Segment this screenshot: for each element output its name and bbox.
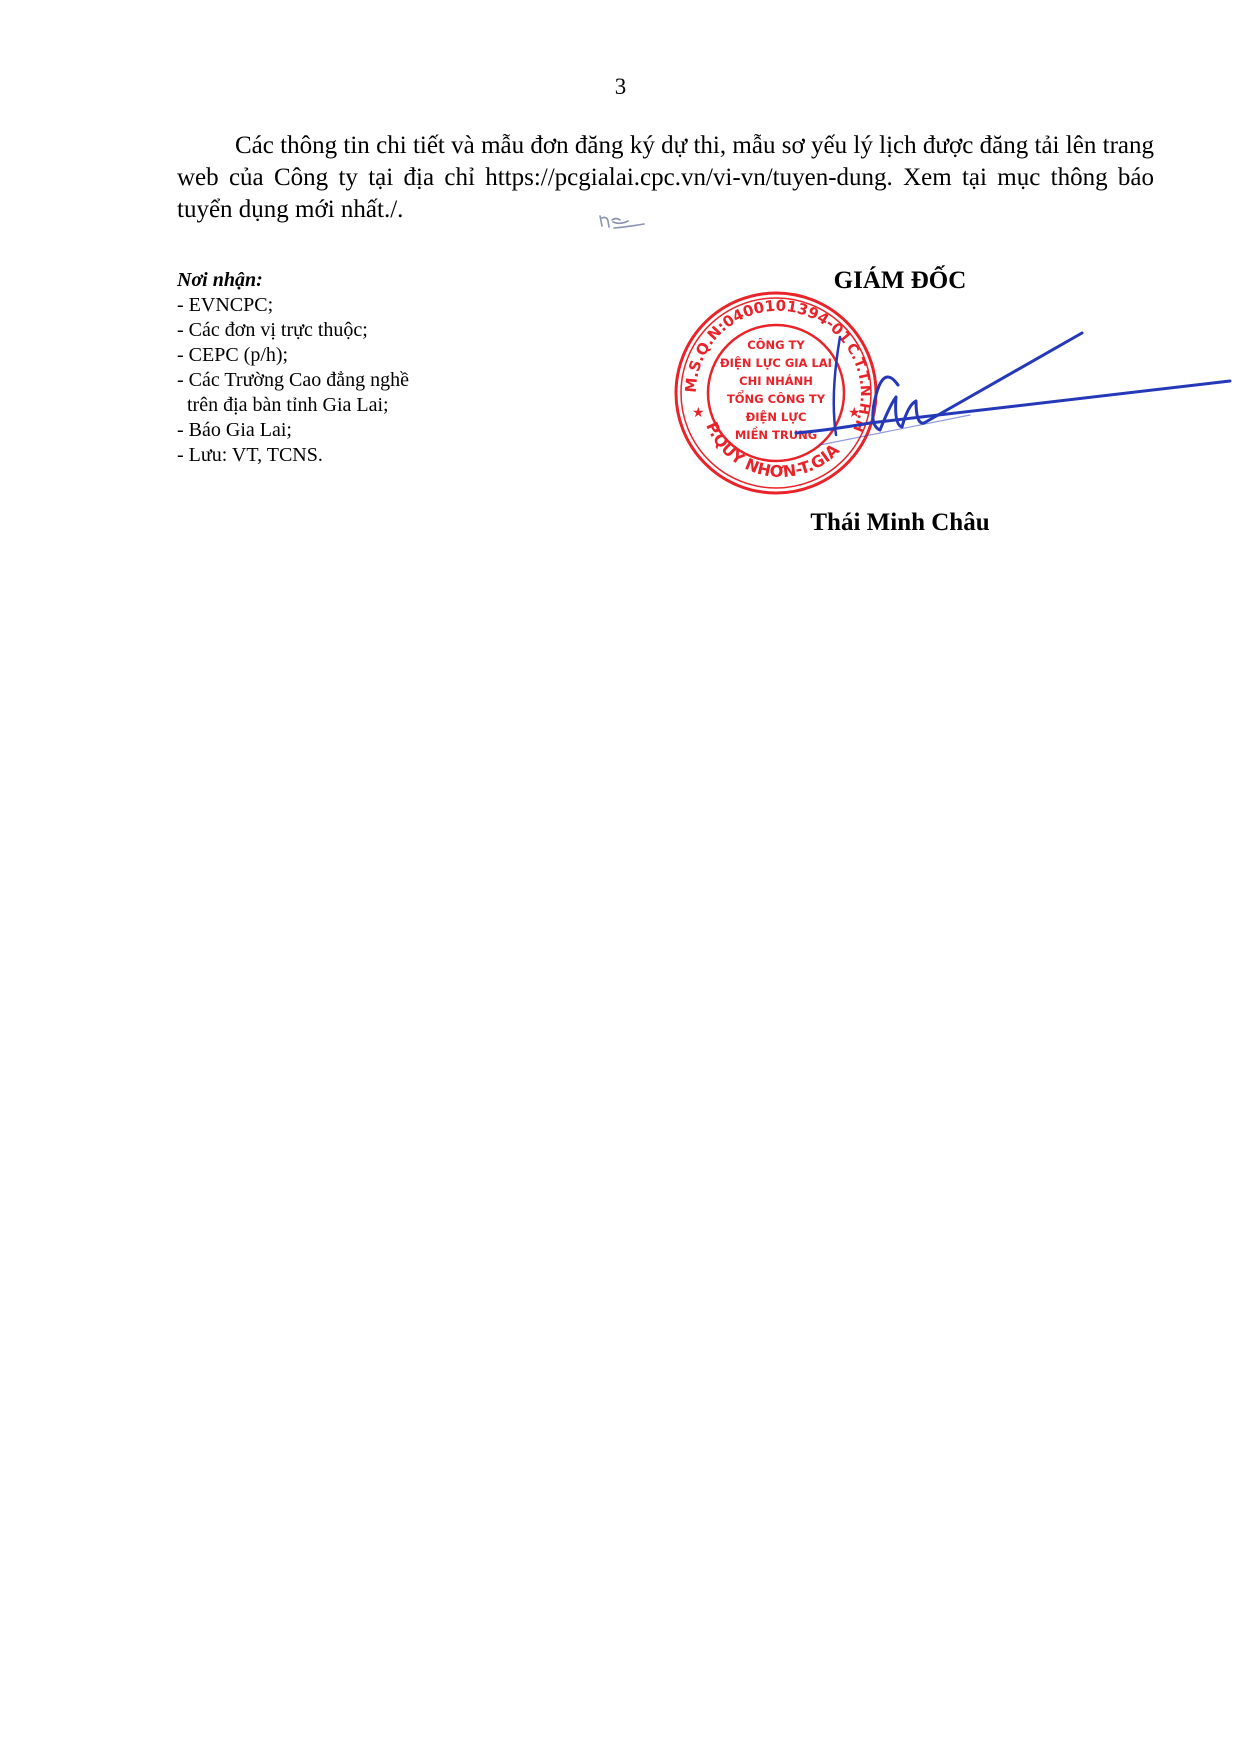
stamp-line: ĐIỆN LỰC GIA LAI <box>720 355 832 370</box>
body-paragraph: Các thông tin chi tiết và mẫu đơn đăng k… <box>177 130 1154 226</box>
stamp-and-signature: M.S.Q.N:0400101394-010- C.T.T.N.H.H P.QU… <box>670 285 1241 510</box>
recipient-item: - EVNCPC; <box>177 293 597 318</box>
recipients-list: - EVNCPC; - Các đơn vị trực thuộc; - CEP… <box>177 293 597 468</box>
recipient-item: - Các Trường Cao đẳng nghề <box>177 368 597 393</box>
recipients-block: Nơi nhận: - EVNCPC; - Các đơn vị trực th… <box>177 268 597 468</box>
page-number: 3 <box>0 74 1241 100</box>
recipient-item: - Báo Gia Lai; <box>177 418 597 443</box>
initials-mark-icon <box>598 212 646 232</box>
recipient-item: - Các đơn vị trực thuộc; <box>177 318 597 343</box>
recipient-item: - CEPC (p/h); <box>177 343 597 368</box>
signer-name: Thái Minh Châu <box>760 508 1040 538</box>
recipient-item: - Lưu: VT, TCNS. <box>177 443 597 468</box>
stamp-line: ĐIỆN LỰC <box>746 409 807 424</box>
stamp-line: CHI NHÁNH <box>739 373 813 388</box>
svg-text:★: ★ <box>848 405 861 421</box>
recipient-item-continuation: trên địa bàn tỉnh Gia Lai; <box>177 393 597 418</box>
stamp-line: TỔNG CÔNG TY <box>727 389 826 406</box>
stamp-line: CÔNG TY <box>747 337 805 352</box>
recipients-title: Nơi nhận: <box>177 268 597 293</box>
svg-text:★: ★ <box>692 405 705 421</box>
company-stamp-icon: M.S.Q.N:0400101394-010- C.T.T.N.H.H P.QU… <box>670 285 876 493</box>
